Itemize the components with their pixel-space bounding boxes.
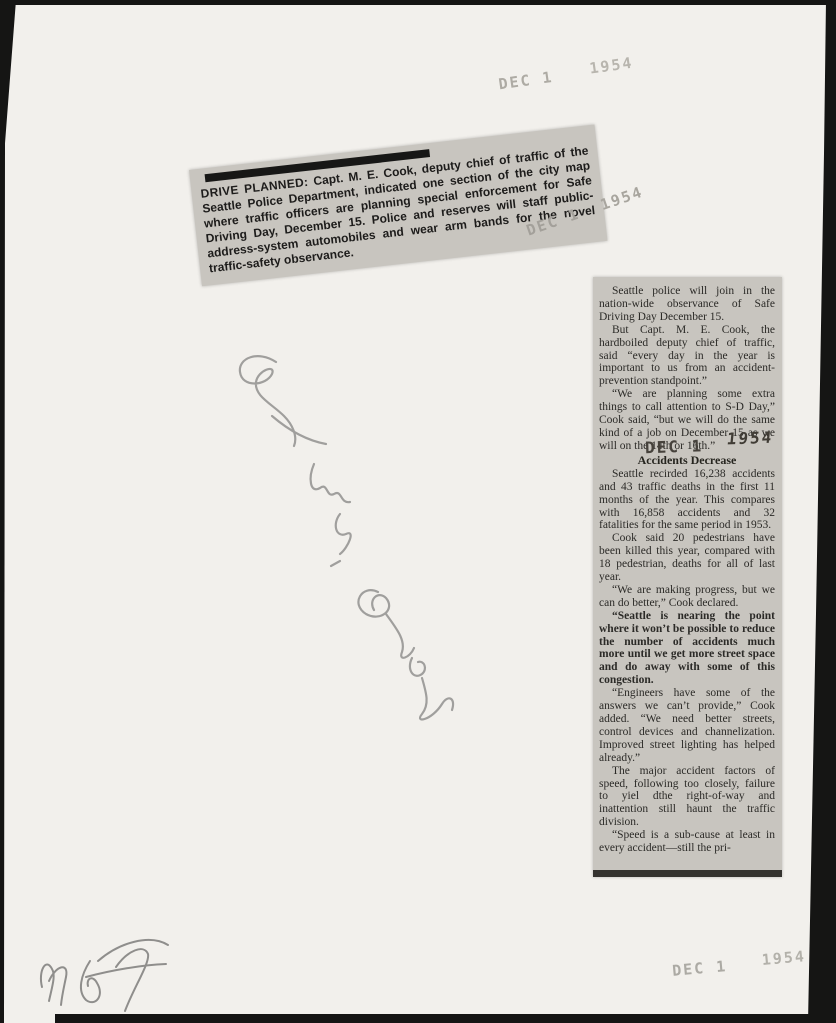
article-paragraph: Seattle recirded 16,238 accidents and 43… (599, 468, 775, 533)
date-stamp-bottom: DEC 1 1954 (671, 950, 806, 980)
date-stamp-bottom-year: 1954 (761, 947, 807, 969)
article-paragraph-bold: “Seattle is nearing the point where it w… (599, 610, 775, 687)
date-stamp-bottom-day: DEC 1 (671, 957, 728, 980)
article-paragraph: “We are making progress, but we can do b… (599, 584, 775, 610)
date-stamp-corner-year: 1954 (598, 183, 646, 214)
article-paragraph: Cook said 20 pedestrians have been kille… (599, 532, 775, 584)
article-paragraph: The major accident factors of speed, fol… (599, 765, 775, 830)
article-paragraph: “Speed is a sub-cause at least in every … (599, 829, 775, 855)
pencil-note-n57 (28, 925, 178, 1020)
date-stamp-top: DEC 1 1954 (497, 57, 634, 94)
date-stamp-article-day: DEC 1 (645, 436, 704, 457)
date-stamp-top-year: 1954 (588, 54, 634, 78)
article-clipping: Seattle police will join in the nation-w… (593, 277, 782, 877)
scanned-page: DEC 1 1954 DRIVE PLANNED: Capt. M. E. Co… (0, 0, 836, 1023)
article-paragraph: Seattle police will join in the nation-w… (599, 285, 775, 324)
date-stamp-article-year: 1954 (726, 428, 775, 449)
date-stamp-top-day: DEC 1 (497, 68, 554, 94)
scan-edge-left (0, 0, 20, 1023)
scan-edge-top (0, 0, 836, 5)
caption-text: DRIVE PLANNED: Capt. M. E. Cook, deputy … (200, 143, 598, 276)
caption-clipping: DRIVE PLANNED: Capt. M. E. Cook, deputy … (189, 125, 607, 287)
article-paragraph: “Engineers have some of the answers we c… (599, 687, 775, 764)
article-paragraph: But Capt. M. E. Cook, the hardboiled dep… (599, 324, 775, 389)
pencil-signature-capt-m-e-cook (228, 352, 468, 722)
scan-edge-right (804, 0, 836, 1023)
caption-body: Capt. M. E. Cook, deputy chief of traffi… (202, 143, 596, 275)
